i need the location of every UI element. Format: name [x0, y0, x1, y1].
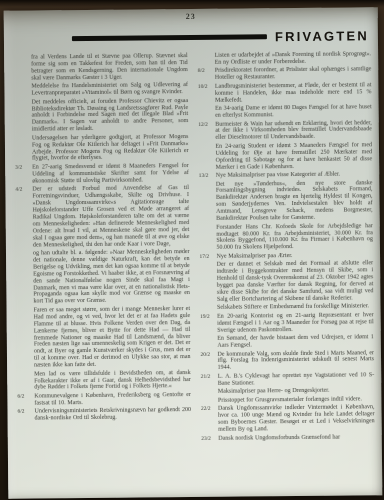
chronicle-entry: 21/2 L. A. B.'s Cyklevagt har oprettet n… [201, 372, 375, 387]
entry-text: Landbrugsministeriet bestemmer, at Fløde… [215, 82, 372, 104]
chronicle-entry: Undersøgelsen har yderligere godtgjort, … [15, 134, 189, 163]
entry-text: Der er dannet et Selskab med det Formaal… [217, 261, 374, 304]
photo-of-magazine-page: { "photo": { "background_color": "#2a201… [0, 0, 384, 500]
entry-text: En Sømand, der havde bistaaet dem ved Ud… [217, 334, 374, 349]
entry-text: Faren er saa meget større, som der i man… [34, 306, 191, 370]
chronicle-entry: Meddelelse fra Handelsministeriet om Sal… [14, 82, 188, 97]
entry-text: Kommunevalgene i København, Frederiksber… [34, 392, 191, 407]
chronicle-entry: Men lad os være tillidsfulde i Bevidsthe… [17, 370, 191, 392]
entry-text: Dansk Ungdomssamvirke indleder Vintermød… [218, 405, 375, 434]
chronicle-entry: En 24-aarig Student er idømt 3 Maaneders… [198, 142, 372, 171]
entry-text: Burmeister & Wain har udsendt en Erklæri… [215, 120, 372, 142]
chronicle-columns: fra al Verdens Lande til et Stævne paa O… [14, 51, 375, 484]
entry-text: Undersøgelsen har yderligere godtgjort, … [32, 134, 189, 163]
entry-text: Prisstoppet for Grusgravsmaterialer forl… [218, 396, 375, 404]
masthead-rule [72, 34, 267, 41]
entry-date-label: 12/2 [198, 121, 215, 142]
entry-date-label [14, 55, 31, 83]
chronicle-entry: 4/2 Der er udstedt Forbud mod Anvendelse… [15, 185, 189, 249]
entry-date-label [199, 181, 216, 223]
chronicle-entry: fra al Verdens Lande til et Stævne paa O… [14, 53, 188, 82]
entry-text: Dansk nordisk Ungdomsforbunds Grænsefond… [218, 434, 375, 442]
entry-date-label [17, 307, 35, 369]
chronicle-entry: 17/2 Nye Maksimalpriser paa Ærter. [200, 252, 374, 261]
entry-text: Det meddeles officielt, at foruden Profe… [32, 98, 189, 134]
entry-text: Listen er udarbejdet af »Dansk Forening … [215, 51, 372, 66]
entry-text: Prisdirektoratet forordner, at Prisliste… [215, 67, 372, 82]
chronicle-entry: 3/2 En 27-aarig Smedesvend er idømt 8 Ma… [15, 163, 189, 185]
chronicle-entry: 8/2 Prisdirektoratet forordner, at Prisl… [198, 67, 372, 82]
entry-text: En 24-aarig Student er idømt 3 Maaneders… [215, 142, 372, 171]
entry-date-label: 21/2 [201, 374, 218, 388]
left-column: fra al Verdens Lande til et Stævne paa O… [14, 53, 192, 485]
entry-date-label [201, 398, 218, 405]
entry-date-label [198, 144, 215, 172]
entry-text: fra al Verdens Lande til et Stævne paa O… [31, 53, 188, 82]
entry-date-label: 8/2 [198, 68, 215, 82]
entry-date-label [15, 99, 32, 134]
entry-date-label: 6/2 [17, 393, 34, 407]
masthead-title: FRIVAGTEN [275, 28, 369, 44]
chronicle-entry: Der er dannet et Selskab med det Formaal… [200, 261, 374, 304]
entry-text: Nye Maksimalpriser paa Ærter. [217, 252, 374, 260]
chronicle-entry: 19/2 En 20-aarig Kontorist og en 21-aari… [200, 312, 374, 334]
chronicle-entry: 12/2 Burmeister & Wain har udsendt en Er… [198, 120, 372, 142]
chronicle-entry: 6/2 Undervisningsministeriets Retskrivni… [17, 407, 191, 422]
chronicle-entry: En 34-aarig Dame er idømt 80 Dages Fængs… [198, 104, 372, 119]
entry-text: Undervisningsministeriets Retskrivningsn… [34, 407, 191, 422]
chronicle-entry: 22/2 Dansk Ungdomssamvirke indleder Vint… [201, 405, 375, 434]
entry-date-label [200, 262, 217, 304]
entry-date-label: 6/2 [17, 409, 34, 423]
entry-date-label: 23/2 [201, 435, 218, 442]
entry-text: Men lad os være tillidsfulde i Bevidsthe… [34, 370, 191, 392]
entry-text: Det nye »Tønderhus«, den nye store dansk… [216, 180, 373, 223]
entry-text: L. A. B.'s Cyklevagt har oprettet nye Va… [218, 372, 375, 387]
entry-date-label: 4/2 [15, 187, 33, 249]
magazine-page: 23 FRIVAGTEN fra al Verdens Lande til et… [4, 7, 383, 499]
chronicle-entry: 6/2 Kommunevalgene i København, Frederik… [17, 392, 191, 407]
entry-text: En 27-aarig Smedesvend er idømt 8 Maaned… [32, 163, 189, 185]
entry-text: En 20-aarig Kontorist og en 21-aarig Rep… [217, 312, 374, 334]
entry-text: Forstander Hans Chr. Kofoeds Skole for A… [216, 223, 373, 252]
chronicle-entry: Prisstoppet for Grusgravsmaterialer forl… [201, 396, 375, 405]
entry-text: Selskabets Stiftere er Embedsmænd fra fo… [217, 304, 374, 312]
chronicle-entry: og han udtalte bl. a. følgende: »Naar Me… [16, 249, 190, 306]
entry-date-label [14, 84, 31, 98]
entry-text: En 34-aarig Dame er idømt 80 Dages Fængs… [215, 104, 372, 119]
chronicle-entry: Faren er saa meget større, som der i man… [17, 306, 191, 370]
entry-date-label [201, 389, 218, 396]
entry-date-label [200, 305, 217, 312]
entry-date-label: 10/2 [198, 84, 215, 105]
entry-date-label [200, 336, 217, 350]
chronicle-entry: Det meddeles officielt, at foruden Profe… [15, 98, 189, 134]
entry-text: Meddelelse fra Handelsministeriet om Sal… [31, 82, 188, 97]
chronicle-entry: 10/2 Landbrugsministeriet bestemmer, at … [198, 82, 372, 104]
chronicle-entry: Det nye »Tønderhus«, den nye store dansk… [199, 180, 373, 223]
masthead: FRIVAGTEN [72, 28, 369, 45]
entry-text: Nye Maksimalpriser paa visse Kategorier … [216, 171, 373, 179]
entry-date-label [199, 224, 216, 252]
entry-date-label: 17/2 [200, 254, 217, 261]
entry-date-label: 13/2 [199, 173, 216, 180]
right-column: Listen er udarbejdet af »Dansk Forening … [198, 51, 376, 483]
entry-date-label [198, 106, 215, 120]
chronicle-entry: 20/2 De kommunale Valg, som skulde finde… [200, 350, 374, 372]
entry-text: Der er udstedt Forbud mod Anvendelse af … [32, 185, 189, 249]
entry-date-label [15, 135, 32, 163]
entry-date-label: 3/2 [15, 165, 32, 186]
entry-date-label [198, 53, 215, 67]
entry-date-label: 19/2 [200, 314, 217, 335]
chronicle-entry: Maksimalpriser paa Herre- og Drengeskjor… [201, 388, 375, 397]
entry-date-label: 20/2 [200, 351, 217, 372]
chronicle-entry: En Sømand, der havde bistaaet dem ved Ud… [200, 334, 374, 349]
chronicle-entry: Selskabets Stiftere er Embedsmænd fra fo… [200, 304, 374, 313]
entry-date-label [17, 371, 34, 392]
entry-date-label [16, 251, 34, 306]
chronicle-entry: Forstander Hans Chr. Kofoeds Skole for A… [199, 223, 373, 252]
entry-text: De kommunale Valg, som skulde finde Sted… [217, 350, 374, 372]
page-number: 23 [4, 10, 378, 23]
entry-text: Maksimalpriser paa Herre- og Drengeskjor… [218, 388, 375, 396]
entry-text: og han udtalte bl. a. følgende: »Naar Me… [33, 249, 190, 306]
chronicle-entry: Listen er udarbejdet af »Dansk Forening … [198, 51, 372, 66]
chronicle-entry: 23/2 Dansk nordisk Ungdomsforbunds Græns… [201, 434, 375, 443]
entry-date-label: 22/2 [201, 406, 218, 434]
chronicle-entry: 13/2 Nye Maksimalpriser paa visse Katego… [199, 171, 373, 180]
